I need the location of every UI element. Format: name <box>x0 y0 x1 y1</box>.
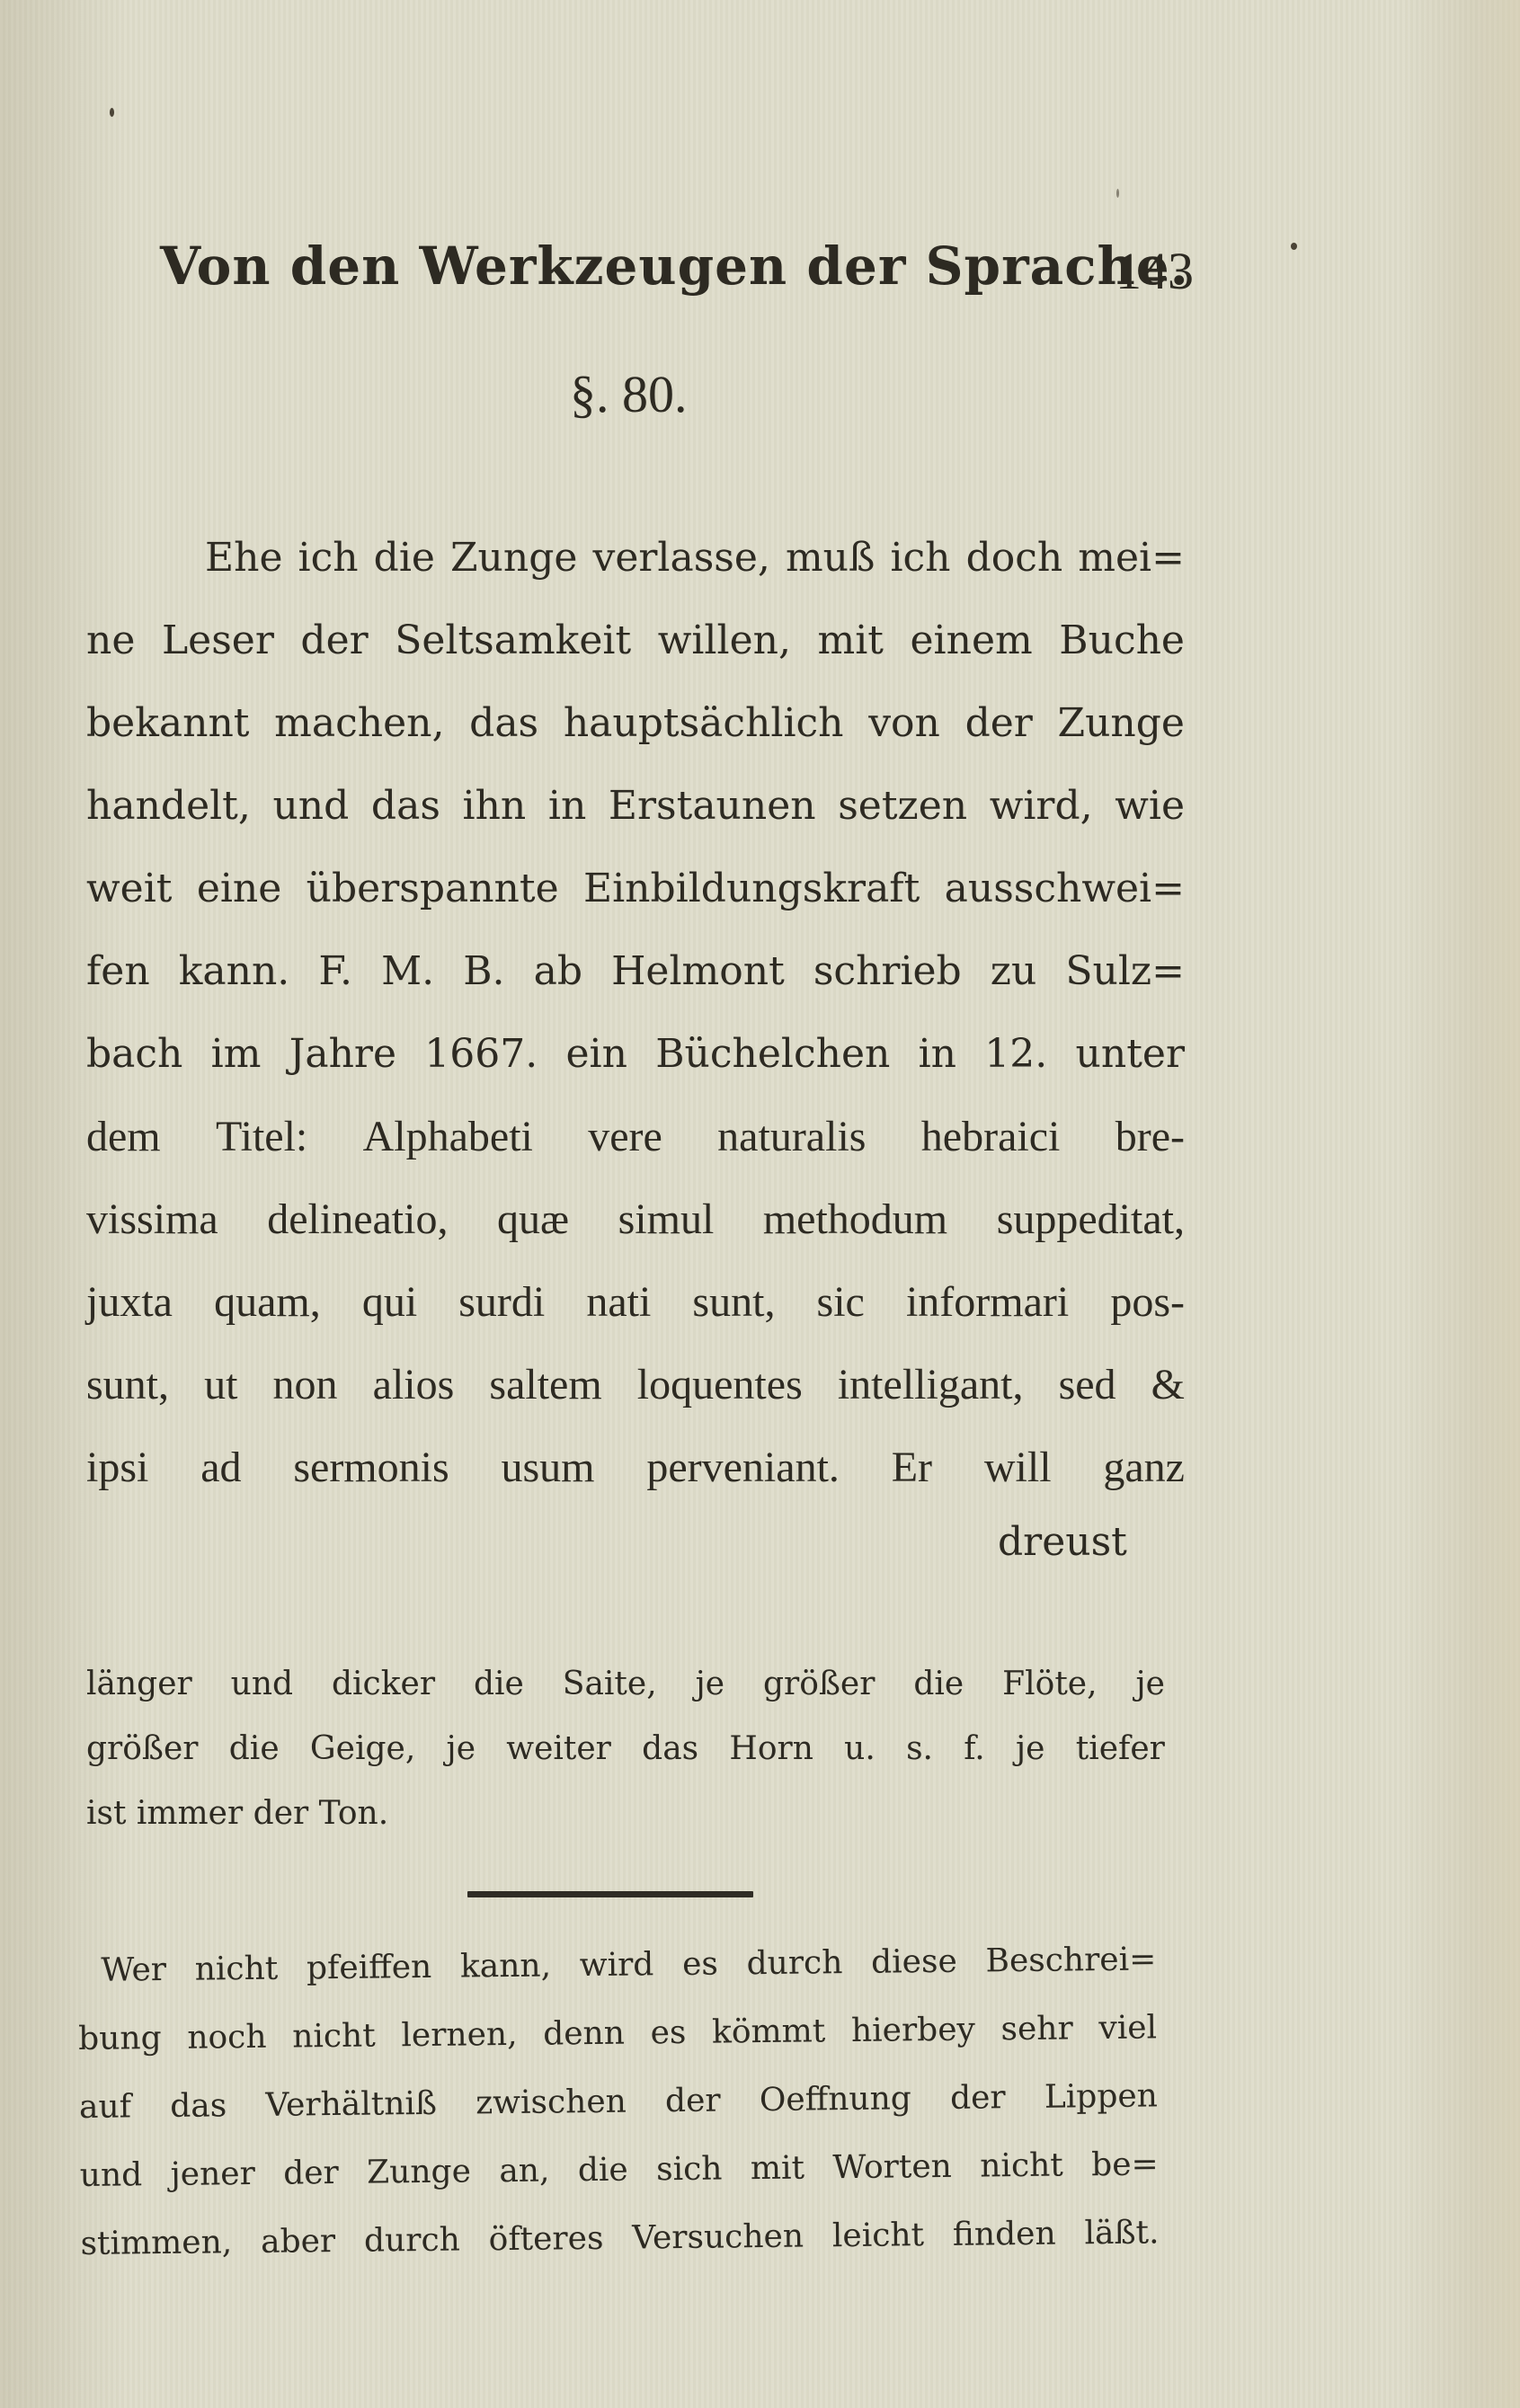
word: wird <box>579 1931 653 2000</box>
ink-speck <box>1116 189 1119 198</box>
word: Er <box>892 1426 932 1509</box>
word: auf <box>79 2073 132 2142</box>
word: setzen <box>838 765 967 848</box>
word: nicht <box>980 2132 1063 2201</box>
word: Versuchen <box>632 2203 804 2273</box>
word: Worten <box>832 2133 952 2202</box>
word: jener <box>170 2140 255 2209</box>
word: schrieb <box>813 930 962 1013</box>
footnote-line: bungnochnichtlernen,denneskömmthierbeyse… <box>78 1994 1158 2074</box>
word: durch <box>746 1929 843 1998</box>
word: Beschrei= <box>985 1925 1157 1995</box>
word: be= <box>1091 2130 1159 2199</box>
word: nati <box>586 1261 651 1344</box>
word: je <box>447 1717 476 1782</box>
word: stimmen, <box>80 2208 232 2279</box>
word: vissima <box>86 1178 218 1261</box>
word: die <box>374 517 435 600</box>
word: delineatio, <box>267 1178 448 1261</box>
word: bekannt <box>86 682 249 765</box>
word: diese <box>871 1928 957 1997</box>
word: usum <box>501 1426 594 1509</box>
text-line: vissimadelineatio,quæsimulmethodumsupped… <box>86 1178 1185 1261</box>
word: perveniant. <box>646 1426 840 1509</box>
word: B. <box>463 930 504 1013</box>
word: länger <box>86 1652 192 1717</box>
word: zwischen <box>476 2068 627 2138</box>
word: durch <box>364 2207 461 2276</box>
catchword: dreust <box>998 1519 1127 1565</box>
word: methodum <box>763 1178 947 1261</box>
word: verlasse, <box>592 517 769 600</box>
word: quam, <box>214 1261 321 1344</box>
word: Erstaunen <box>609 765 816 848</box>
word: tiefer <box>1076 1717 1165 1782</box>
word: Büchelchen <box>655 1013 890 1096</box>
word: nicht <box>194 1935 278 2004</box>
word: wie <box>1115 765 1185 848</box>
footnote: Wernichtpfeiffenkann,wirdesdurchdieseBes… <box>77 1925 1160 2279</box>
word: mit <box>751 2135 805 2204</box>
word: weit <box>86 848 172 930</box>
word: Oeffnung <box>759 2065 911 2135</box>
word: simul <box>618 1178 715 1261</box>
text-line: bekanntmachen,dashauptsächlichvonderZung… <box>86 682 1185 765</box>
word: ich <box>890 517 950 600</box>
text-line: ipsiadsermonisusumperveniant.Erwillganz <box>86 1426 1185 1509</box>
footnote-line: Wernichtpfeiffenkann,wirdesdurchdieseBes… <box>77 1925 1157 2005</box>
word: überspannte <box>307 848 559 930</box>
book-page: Von den Werkzeugen der Sprache. 143 §. 8… <box>0 0 1520 2408</box>
word: ein <box>566 1013 627 1096</box>
word: und <box>231 1652 293 1717</box>
word: hebraici <box>921 1096 1061 1178</box>
word: Sulz= <box>1065 930 1185 1013</box>
word: leicht <box>831 2201 924 2270</box>
word: intelligant, <box>838 1344 1024 1426</box>
word: willen, <box>658 600 791 682</box>
word: vere <box>588 1096 662 1178</box>
word: das <box>642 1717 698 1782</box>
word: naturalis <box>717 1096 866 1178</box>
word: das <box>371 765 440 848</box>
page-number: 143 <box>1116 241 1194 301</box>
text-line: juxtaquam,quisurdinatisunt,sicinformarip… <box>86 1261 1185 1344</box>
word: sic <box>817 1261 865 1344</box>
word: informari <box>906 1261 1069 1344</box>
word: unter <box>1076 1013 1185 1096</box>
footnote-line: undjenerderZungean,diesichmitWortennicht… <box>79 2130 1159 2210</box>
word: ne <box>86 600 135 682</box>
word: das <box>170 2072 227 2141</box>
footnote-line-content: ist immer der Ton. <box>86 1782 388 1846</box>
word: größer <box>763 1652 876 1717</box>
word: non <box>273 1344 338 1426</box>
section-heading: §. 80. <box>570 364 688 424</box>
word: dicker <box>332 1652 435 1717</box>
word: F. <box>318 930 352 1013</box>
word: machen, <box>274 682 444 765</box>
word: Leser <box>162 600 274 682</box>
word: hauptsächlich <box>564 682 844 765</box>
word: wird, <box>990 765 1093 848</box>
word: die <box>577 2137 628 2206</box>
word: Horn <box>729 1717 813 1782</box>
word: sehr <box>1000 1995 1073 2064</box>
word: doch <box>966 517 1063 600</box>
body-paragraph: EheichdieZungeverlasse,mußichdochmei= ne… <box>86 517 1185 1509</box>
text-line: neLeserderSeltsamkeitwillen,miteinemBuch… <box>86 600 1185 682</box>
word: in <box>548 765 586 848</box>
word: weiter <box>506 1717 611 1782</box>
word: die <box>474 1652 524 1717</box>
word: öfteres <box>488 2205 604 2274</box>
text-line: demTitel:Alphabetiverenaturalishebraicib… <box>86 1096 1185 1178</box>
word: ich <box>298 517 359 600</box>
footnote-line: größerdieGeige,jeweiterdasHornu.s.f.jeti… <box>86 1717 1165 1782</box>
word: Lippen <box>1044 2062 1158 2131</box>
word: Jahre <box>289 1013 396 1096</box>
word: kömmt <box>712 1997 826 2066</box>
word: mit <box>817 600 883 682</box>
footnote-line: ist immer der Ton. <box>86 1782 1165 1846</box>
word: will <box>984 1426 1052 1509</box>
word: Buche <box>1059 600 1185 682</box>
footnote-line: stimmen,aberdurchöfteresVersuchenleichtf… <box>80 2199 1160 2279</box>
word: sunt, <box>86 1344 169 1426</box>
word: an, <box>499 2137 550 2207</box>
word: lernen, <box>401 2001 518 2070</box>
word: Flöte, <box>1002 1652 1097 1717</box>
word: pos- <box>1110 1261 1185 1344</box>
word: der <box>965 682 1033 765</box>
word: je <box>1016 1717 1044 1782</box>
word: ausschwei= <box>945 848 1185 930</box>
word: ad <box>200 1426 241 1509</box>
word: bung <box>78 2004 162 2074</box>
word: 12. <box>984 1013 1047 1096</box>
word: Einbildungskraft <box>583 848 920 930</box>
word: muß <box>786 517 875 600</box>
running-title: Von den Werkzeugen der Sprache. <box>160 235 1189 297</box>
word: hierbey <box>851 1996 976 2066</box>
word: qui <box>362 1261 417 1344</box>
word: läßt. <box>1084 2199 1160 2268</box>
ink-speck <box>110 108 114 117</box>
word: ihn <box>463 765 527 848</box>
word: Verhältniß <box>265 2070 437 2140</box>
word: Alphabeti <box>363 1096 533 1178</box>
word: ab <box>534 930 582 1013</box>
word: der <box>283 2139 339 2208</box>
word: bach <box>86 1013 182 1096</box>
word: quæ <box>497 1178 569 1261</box>
word: noch <box>187 2004 267 2073</box>
word: Geige, <box>310 1717 415 1782</box>
word: und <box>79 2141 142 2210</box>
word: dem <box>86 1096 161 1178</box>
text-line: fenkann.F.M.B.abHelmontschriebzuSulz= <box>86 930 1185 1013</box>
word: Zunge <box>1058 682 1185 765</box>
word: ut <box>204 1344 237 1426</box>
word: suppeditat, <box>997 1178 1185 1261</box>
word: mei= <box>1078 517 1185 600</box>
word: loquentes <box>637 1344 803 1426</box>
word: ganz <box>1103 1426 1185 1509</box>
text-line: bachimJahre1667.einBüchelchenin12.unter <box>86 1013 1185 1096</box>
text-line: handelt,unddasihninErstaunensetzenwird,w… <box>86 765 1185 848</box>
word: aber <box>261 2208 336 2277</box>
word: saltem <box>489 1344 601 1426</box>
word: im <box>211 1013 262 1096</box>
word: sunt, <box>692 1261 775 1344</box>
word: M. <box>381 930 434 1013</box>
word: einem <box>911 600 1033 682</box>
word: viel <box>1098 1994 1157 2063</box>
word: pfeiffen <box>307 1933 432 2003</box>
word: von <box>868 682 940 765</box>
word: kann. <box>179 930 290 1013</box>
word: ipsi <box>86 1426 148 1509</box>
word: je <box>696 1652 724 1717</box>
word: es <box>682 1931 719 1999</box>
word: und <box>272 765 349 848</box>
word: & <box>1151 1344 1185 1426</box>
word: bre- <box>1116 1096 1185 1178</box>
running-head: Von den Werkzeugen der Sprache. 143 <box>160 235 1194 307</box>
footnote-line: längerunddickerdieSaite,jegrößerdieFlöte… <box>86 1652 1165 1717</box>
text-line: weiteineüberspannteEinbildungskraftaussc… <box>86 848 1185 930</box>
word: sermonis <box>293 1426 449 1509</box>
word: alios <box>373 1344 455 1426</box>
word: größer <box>86 1717 199 1782</box>
word: juxta <box>86 1261 173 1344</box>
word: Ehe <box>205 517 283 600</box>
word: sich <box>656 2136 723 2205</box>
word: die <box>913 1652 964 1717</box>
word: der <box>665 2067 721 2137</box>
word: Seltsamkeit <box>395 600 631 682</box>
word: das <box>469 682 538 765</box>
text-line: EheichdieZungeverlasse,mußichdochmei= <box>86 517 1185 600</box>
word: s. <box>906 1717 933 1782</box>
word: zu <box>991 930 1037 1013</box>
word: 1667. <box>424 1013 538 1096</box>
word: Titel: <box>216 1096 307 1178</box>
footnote-line: aufdasVerhältnißzwischenderOeffnungderLi… <box>79 2062 1159 2142</box>
word: fen <box>86 930 150 1013</box>
word: Helmont <box>611 930 785 1013</box>
word: Zunge <box>450 517 577 600</box>
word: je <box>1135 1652 1164 1717</box>
word: der <box>950 2064 1006 2133</box>
word: Zunge <box>367 2137 472 2207</box>
word: u. <box>844 1717 876 1782</box>
word: es <box>650 1999 687 2067</box>
word: handelt, <box>86 765 251 848</box>
word: surdi <box>458 1261 545 1344</box>
word: kann, <box>460 1932 552 2001</box>
word: f. <box>964 1717 984 1782</box>
footnote-continuation: längerunddickerdieSaite,jegrößerdieFlöte… <box>86 1652 1165 1846</box>
word: nicht <box>292 2003 376 2072</box>
footnote-separator-rule <box>467 1891 753 1897</box>
word: denn <box>543 2000 626 2069</box>
word: in <box>919 1013 956 1096</box>
text-line: sunt,utnonaliossaltemloquentesintelligan… <box>86 1344 1185 1426</box>
word: der <box>300 600 368 682</box>
word: eine <box>197 848 282 930</box>
word: sed <box>1059 1344 1116 1426</box>
word: die <box>229 1717 280 1782</box>
word: finden <box>953 2200 1057 2270</box>
ink-speck <box>1291 243 1297 250</box>
word: Saite, <box>563 1652 657 1717</box>
word: Wer <box>101 1936 166 2005</box>
